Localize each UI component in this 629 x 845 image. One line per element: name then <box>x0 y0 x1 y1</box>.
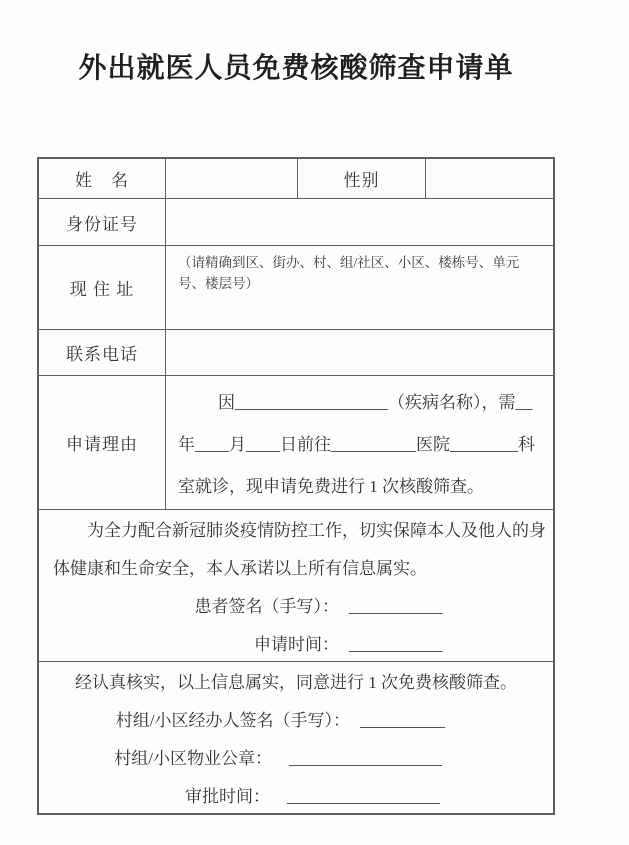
approval-time-line: 审批时间： __________________ <box>39 778 553 816</box>
patient-signature-blank: ___________ <box>349 588 443 626</box>
application-time-line: 申请时间： ___________ <box>39 626 553 664</box>
name-value-cell <box>165 159 297 198</box>
id-number-label: 身份证号 <box>39 199 165 245</box>
phone-value-cell <box>165 330 553 375</box>
row-name-gender: 姓 名 性别 <box>39 159 553 198</box>
row-id-number: 身份证号 <box>39 198 553 245</box>
row-reason: 申请理由 因__________________（疾病名称），需__ 年____… <box>39 375 553 509</box>
property-seal-line: 村组/小区物业公章： __________________ <box>39 740 553 778</box>
document-page: 外出就医人员免费核酸筛查申请单 姓 名 性别 身份证号 现 住 址 （请精确到区… <box>0 0 629 845</box>
approval-time-label: 审批时间： <box>39 778 270 816</box>
reason-label: 申请理由 <box>39 376 165 509</box>
reason-value-cell: 因__________________（疾病名称），需__ 年____月____… <box>165 376 553 509</box>
property-seal-blank: __________________ <box>289 740 442 778</box>
approval-statement: 经认真核实，以上信息属实，同意进行 1 次免费核酸筛查。 <box>39 664 553 702</box>
patient-signature-label: 患者签名（手写）： <box>39 588 339 626</box>
patient-signature-line: 患者签名（手写）： ___________ <box>39 588 553 626</box>
phone-label: 联系电话 <box>39 330 165 375</box>
id-number-value-cell <box>165 199 553 245</box>
row-address: 现 住 址 （请精确到区、街办、村、组/社区、小区、楼栋号、单元号、楼层号） <box>39 245 553 329</box>
pledge-paragraph-line: 为全力配合新冠肺炎疫情防控工作，切实保障本人及他人的身 <box>39 512 553 550</box>
approval-section: 经认真核实，以上信息属实，同意进行 1 次免费核酸筛查。 村组/小区经办人签名（… <box>39 661 553 813</box>
pledge-paragraph-line: 体健康和生命安全，本人承诺以上所有信息属实。 <box>39 550 553 588</box>
address-value-cell: （请精确到区、街办、村、组/社区、小区、楼栋号、单元号、楼层号） <box>165 246 553 329</box>
address-label: 现 住 址 <box>39 246 165 329</box>
reason-line: 室就诊，现申请免费进行 1 次核酸筛查。 <box>178 466 543 508</box>
approval-body: 经认真核实，以上信息属实，同意进行 1 次免费核酸筛查。 村组/小区经办人签名（… <box>39 662 553 816</box>
reason-line: 年____月____日前往__________医院________科 <box>178 424 543 466</box>
gender-value-cell <box>425 159 553 198</box>
row-phone: 联系电话 <box>39 329 553 375</box>
handler-signature-label: 村组/小区经办人签名（手写）： <box>39 702 350 740</box>
name-label: 姓 名 <box>39 159 165 198</box>
approval-time-blank: __________________ <box>287 778 440 816</box>
application-form-table: 姓 名 性别 身份证号 现 住 址 （请精确到区、街办、村、组/社区、小区、楼栋… <box>37 157 555 815</box>
gender-label: 性别 <box>297 159 425 198</box>
reason-line: 因__________________（疾病名称），需__ <box>178 382 543 424</box>
pledge-section: 为全力配合新冠肺炎疫情防控工作，切实保障本人及他人的身 体健康和生命安全，本人承… <box>39 509 553 661</box>
application-time-blank: ___________ <box>349 626 443 664</box>
page-title: 外出就医人员免费核酸筛查申请单 <box>37 46 555 86</box>
handler-signature-blank: __________ <box>360 702 445 740</box>
address-note: （请精确到区、街办、村、组/社区、小区、楼栋号、单元号、楼层号） <box>178 255 519 291</box>
property-seal-label: 村组/小区物业公章： <box>39 740 272 778</box>
handler-signature-line: 村组/小区经办人签名（手写）： __________ <box>39 702 553 740</box>
application-time-label: 申请时间： <box>39 626 339 664</box>
pledge-body: 为全力配合新冠肺炎疫情防控工作，切实保障本人及他人的身 体健康和生命安全，本人承… <box>39 510 553 664</box>
